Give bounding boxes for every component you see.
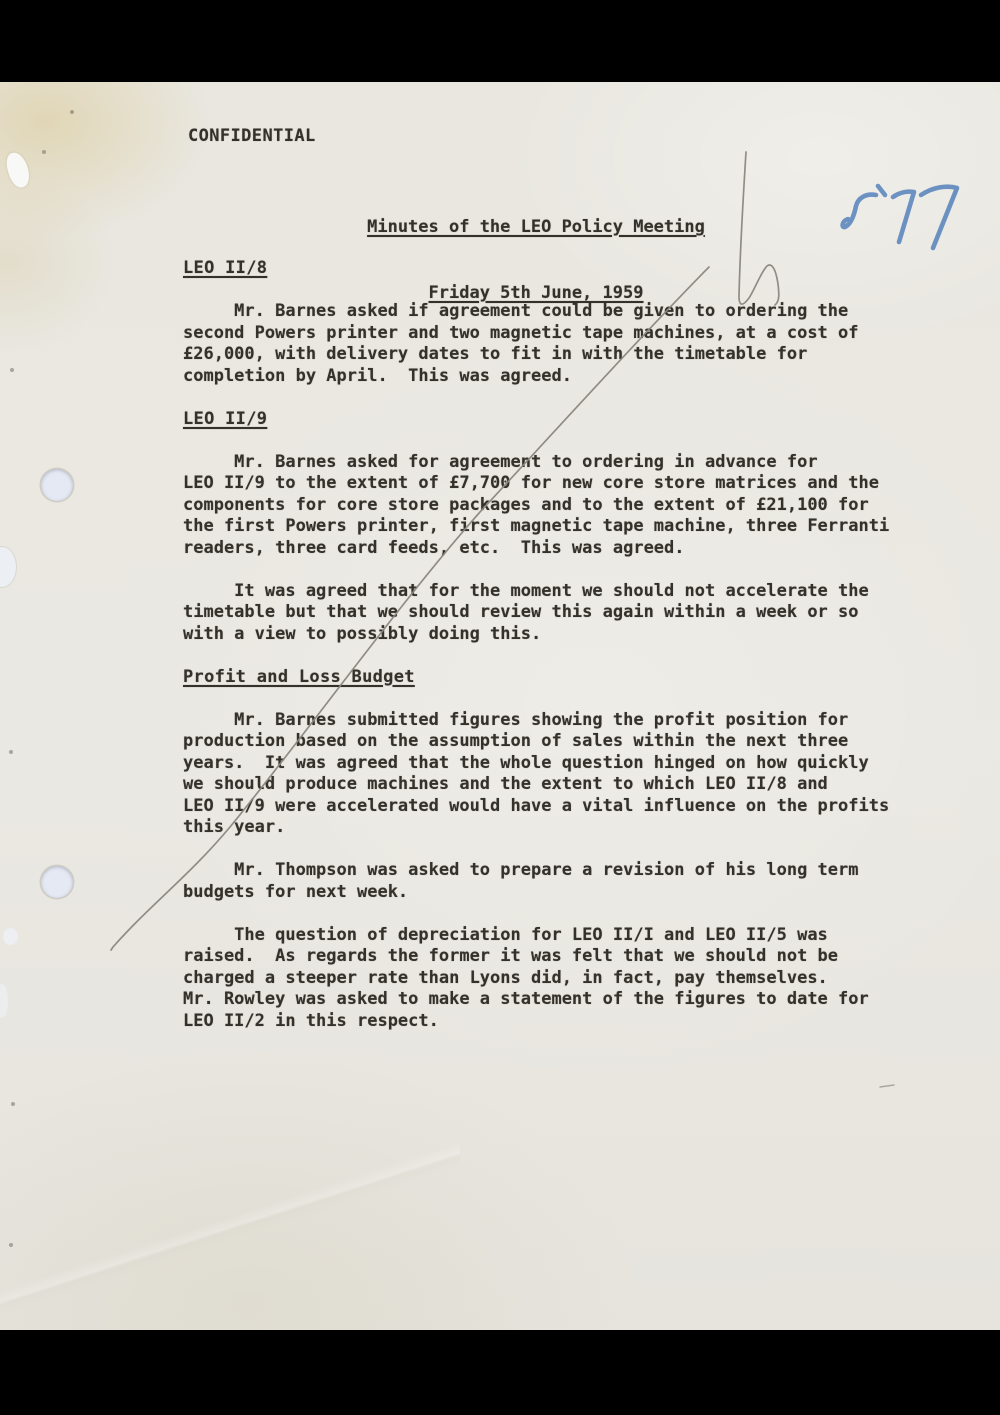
paper-speck [70,110,74,114]
section-heading: LEO II/9 [183,409,943,431]
typed-line: raised. As regards the former it was fel… [183,946,943,968]
paper-tear [3,150,32,190]
typed-line: readers, three card feeds, etc. This was… [183,538,943,560]
typed-line: Mr. Barnes asked for agreement to orderi… [183,452,943,474]
document-page: CONFIDENTIAL Minutes of the LEO Policy M… [0,82,1000,1330]
hole-punch [41,866,73,898]
paper-speck [9,1243,13,1247]
handwritten-digit-7 [893,192,914,242]
typed-line: budgets for next week. [183,882,943,904]
paper-speck [42,150,46,154]
typed-line: LEO II/2 in this respect. [183,1011,943,1033]
typed-line: years. It was agreed that the whole ques… [183,753,943,775]
edge-notch [0,547,16,587]
paragraph: The question of depreciation for LEO II/… [183,925,943,1033]
document-body: LEO II/8 Mr. Barnes asked if agreement c… [183,258,943,1032]
paper-crease [0,1122,460,1332]
typed-line: Mr. Thompson was asked to prepare a revi… [183,860,943,882]
paragraph: Mr. Barnes submitted figures showing the… [183,710,943,839]
hole-punch [41,469,73,501]
section-heading: LEO II/8 [183,258,943,280]
title-line-1: Minutes of the LEO Policy Meeting [188,216,884,238]
typed-line: LEO II/9 to the extent of £7,700 for new… [183,473,943,495]
typed-line: timetable but that we should review this… [183,602,943,624]
typed-line: this year. [183,817,943,839]
typed-line: with a view to possibly doing this. [183,624,943,646]
edge-blemish [3,928,18,945]
typed-line: It was agreed that for the moment we sho… [183,581,943,603]
typed-line: LEO II/9 were accelerated would have a v… [183,796,943,818]
pencil-dash [880,1085,894,1087]
typed-line: £26,000, with delivery dates to fit in w… [183,344,943,366]
paragraph: It was agreed that for the moment we sho… [183,581,943,646]
typed-line: the first Powers printer, first magnetic… [183,516,943,538]
handwritten-digit-7 [921,187,957,248]
paper-speck [10,368,14,372]
typed-line: components for core store packages and t… [183,495,943,517]
typed-line: completion by April. This was agreed. [183,366,943,388]
paragraph: Mr. Barnes asked for agreement to orderi… [183,452,943,560]
section-heading: Profit and Loss Budget [183,667,943,689]
typed-line: The question of depreciation for LEO II/… [183,925,943,947]
paragraph: Mr. Barnes asked if agreement could be g… [183,301,943,387]
paper-speck [9,750,13,754]
classification-label: CONFIDENTIAL [188,126,316,148]
paragraph: Mr. Thompson was asked to prepare a revi… [183,860,943,903]
typed-line: Mr. Barnes submitted figures showing the… [183,710,943,732]
typed-line: Mr. Barnes asked if agreement could be g… [183,301,943,323]
typed-line: charged a steeper rate than Lyons did, i… [183,968,943,990]
typed-line: Mr. Rowley was asked to make a statement… [183,989,943,1011]
typed-line: we should produce machines and the exten… [183,774,943,796]
scan-background: { "page": { "classification": "CONFIDENT… [0,0,1000,1415]
typed-line: second Powers printer and two magnetic t… [183,323,943,345]
paper-speck [11,1102,15,1106]
edge-blemish [0,984,8,1018]
typed-line: production based on the assumption of sa… [183,731,943,753]
